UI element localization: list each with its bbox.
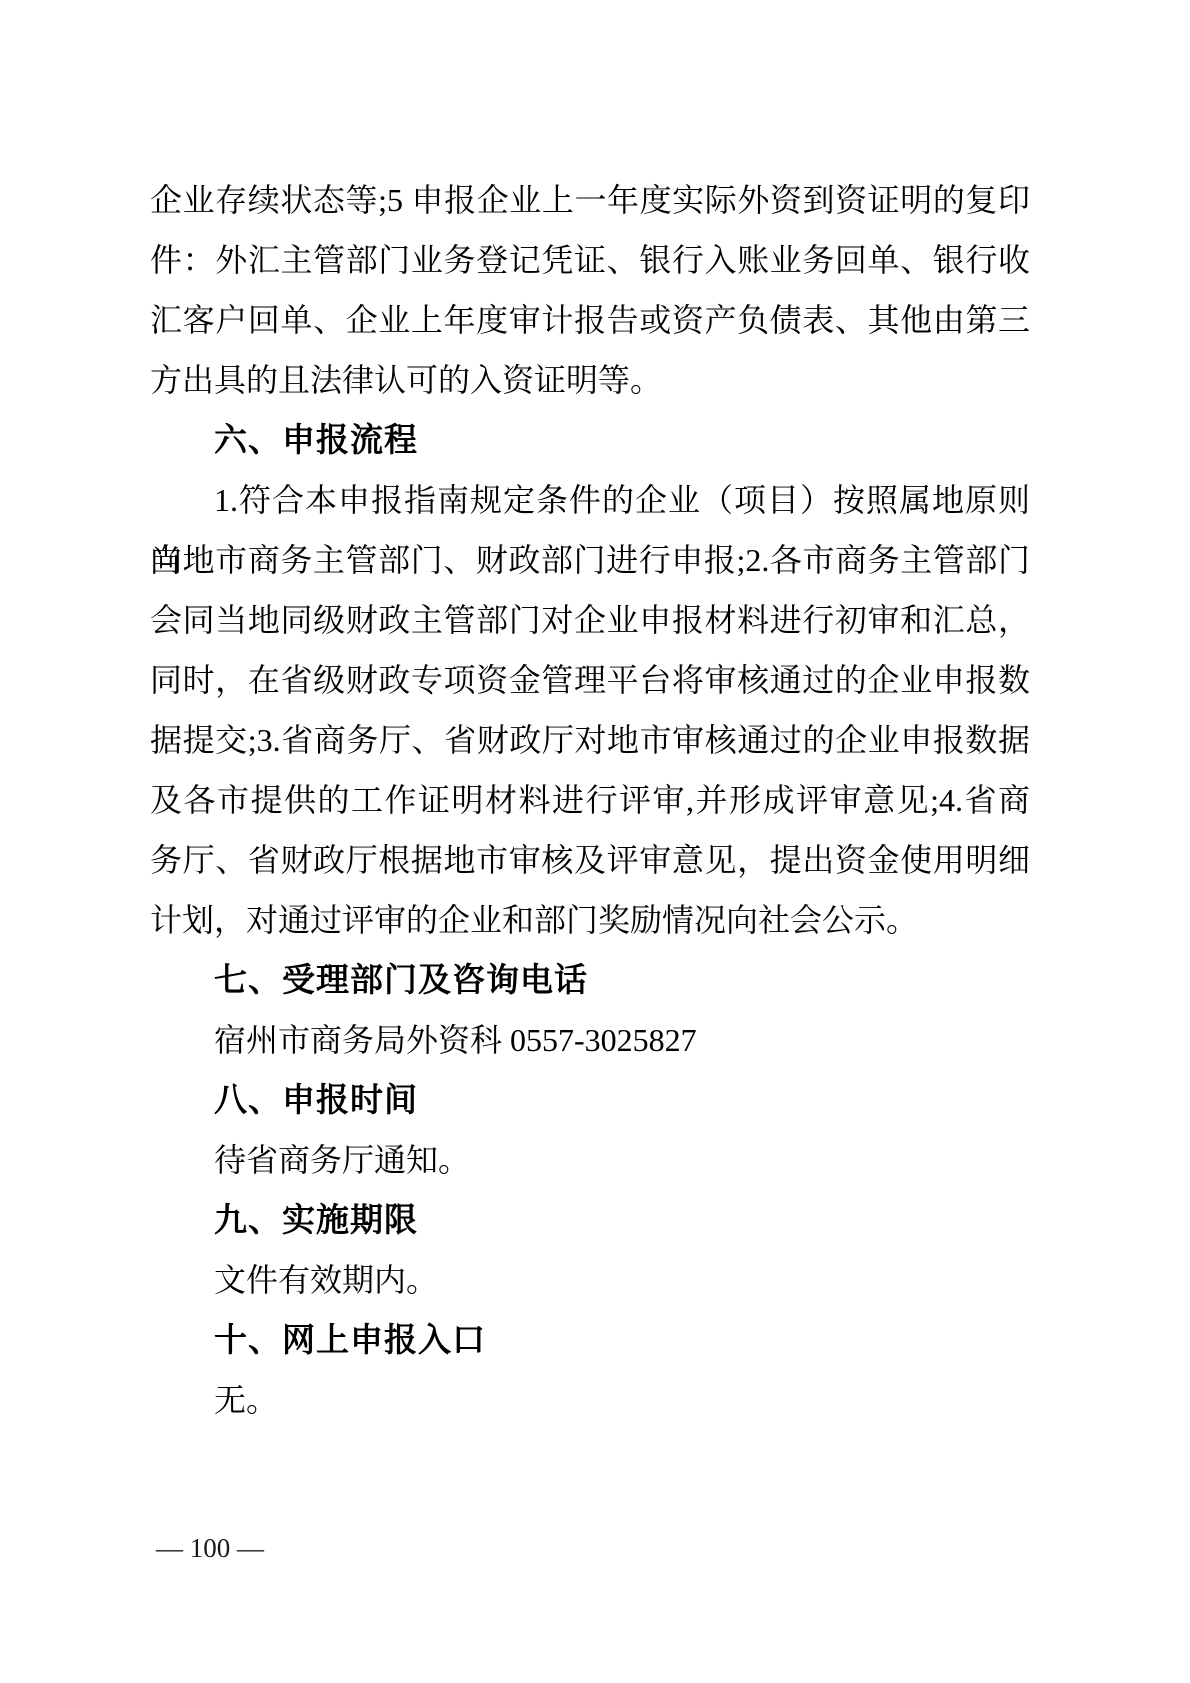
paragraph-line: 文件有效期内。 <box>150 1250 1030 1310</box>
page-number: — 100 — <box>156 1528 264 1568</box>
section-heading-seven: 七、受理部门及咨询电话 <box>150 950 1030 1010</box>
section-heading-ten: 十、网上申报入口 <box>150 1310 1030 1370</box>
paragraph-line: 计划，对通过评审的企业和部门奖励情况向社会公示。 <box>150 890 1030 950</box>
paragraph-line: 同时，在省级财政专项资金管理平台将审核通过的企业申报数 <box>150 650 1030 710</box>
section-heading-nine: 九、实施期限 <box>150 1190 1030 1250</box>
paragraph-line: 无。 <box>150 1370 1030 1430</box>
paragraph-line: 方出具的且法律认可的入资证明等。 <box>150 350 1030 410</box>
paragraph-line: 据提交;3.省商务厅、省财政厅对地市审核通过的企业申报数据 <box>150 710 1030 770</box>
paragraph-line: 企业存续状态等;5 申报企业上一年度实际外资到资证明的复印 <box>150 170 1030 230</box>
section-heading-eight: 八、申报时间 <box>150 1070 1030 1130</box>
document-page-body: 企业存续状态等;5 申报企业上一年度实际外资到资证明的复印 件：外汇主管部门业务… <box>150 170 1030 1430</box>
paragraph-line: 汇客户回单、企业上年度审计报告或资产负债表、其他由第三 <box>150 290 1030 350</box>
paragraph-line: 待省商务厅通知。 <box>150 1130 1030 1190</box>
paragraph-line: 当地市商务主管部门、财政部门进行申报;2.各市商务主管部门 <box>150 530 1030 590</box>
paragraph-line: 1.符合本申报指南规定条件的企业（项目）按照属地原则向 <box>150 470 1030 530</box>
paragraph-line: 及各市提供的工作证明材料进行评审,并形成评审意见;4.省商 <box>150 770 1030 830</box>
paragraph-line: 务厅、省财政厅根据地市审核及评审意见，提出资金使用明细 <box>150 830 1030 890</box>
contact-info-line: 宿州市商务局外资科 0557-3025827 <box>150 1010 1030 1070</box>
paragraph-line: 件：外汇主管部门业务登记凭证、银行入账业务回单、银行收 <box>150 230 1030 290</box>
section-heading-six: 六、申报流程 <box>150 410 1030 470</box>
paragraph-line: 会同当地同级财政主管部门对企业申报材料进行初审和汇总， <box>150 590 1030 650</box>
